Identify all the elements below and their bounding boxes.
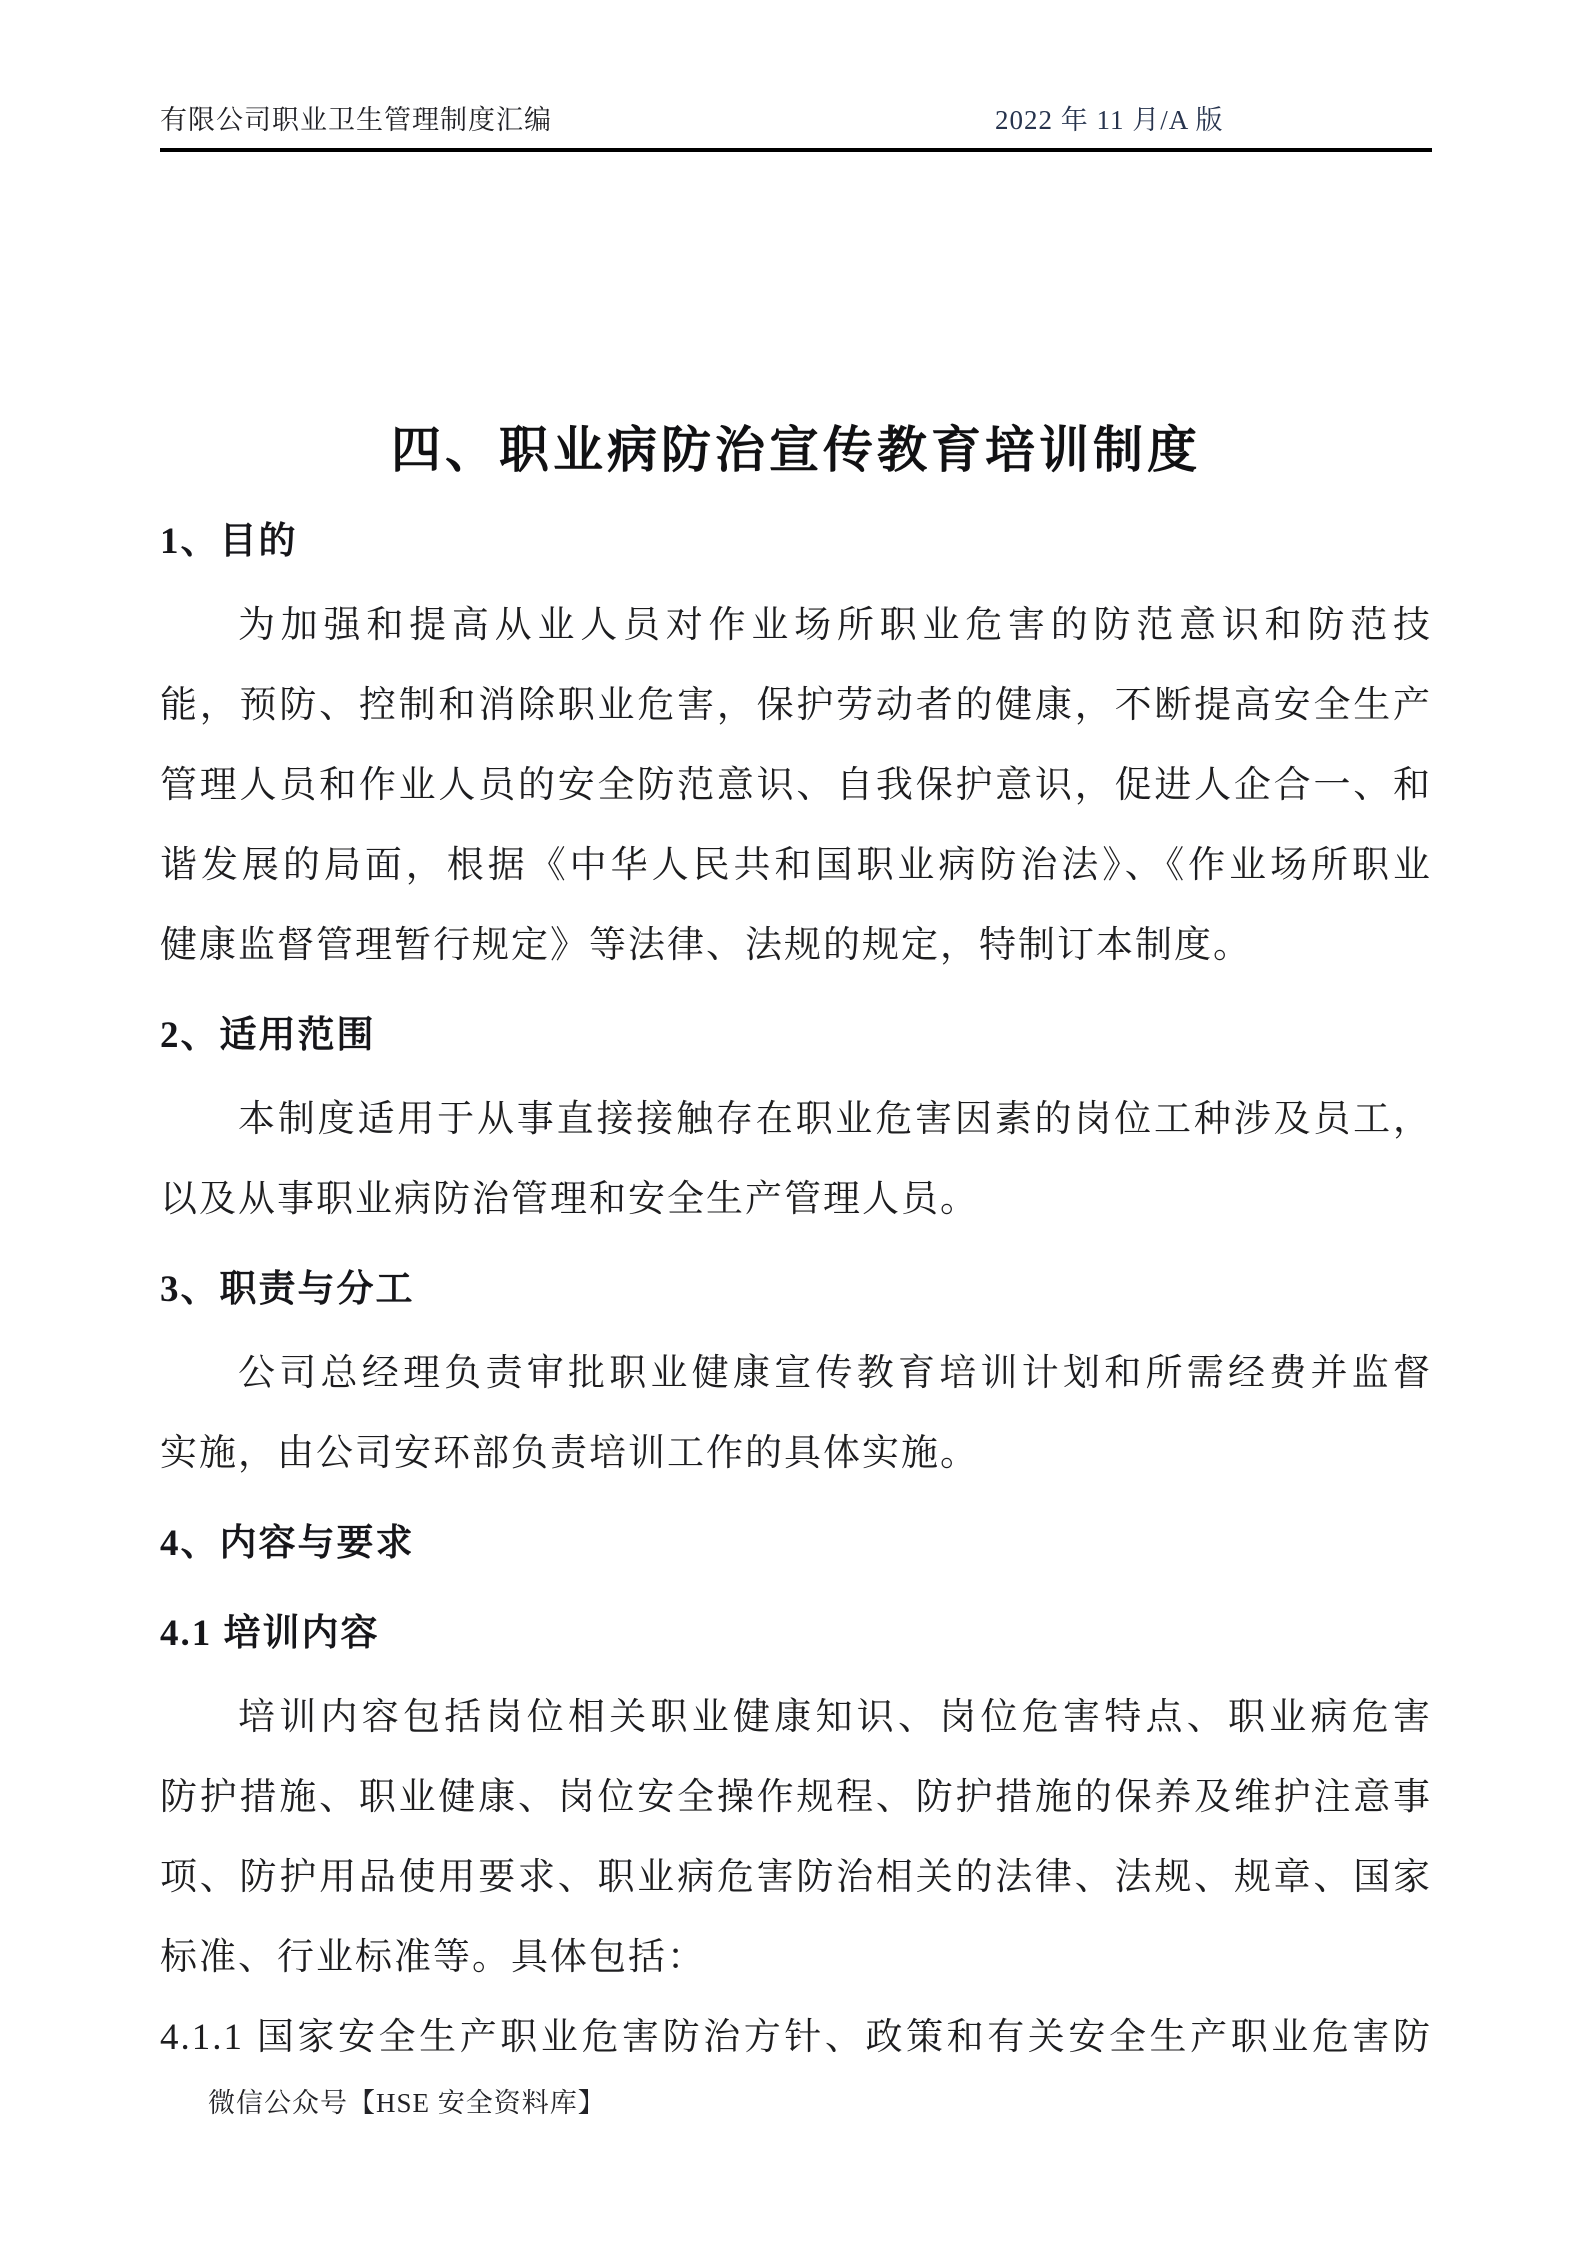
section-heading: 1、目的	[160, 502, 1432, 582]
paragraph: 4.1.1 国家安全生产职业危害防治方针、政策和有关安全生产职业危害防	[160, 1998, 1432, 2078]
text-line: 谐发展的局面，根据《中华人民共和国职业病防治法》、《作业场所职业	[160, 826, 1432, 906]
paragraph: 为加强和提高从业人员对作业场所职业危害的防范意识和防范技能，预防、控制和消除职业…	[160, 586, 1432, 986]
text-line: 以及从事职业病防治管理和安全生产管理人员。	[160, 1160, 1432, 1240]
text-line: 培训内容包括岗位相关职业健康知识、岗位危害特点、职业病危害	[160, 1678, 1432, 1758]
section-heading: 4、内容与要求	[160, 1504, 1432, 1584]
text-line: 管理人员和作业人员的安全防范意识、自我保护意识，促进人企合一、和	[160, 746, 1432, 826]
text-line: 项、防护用品使用要求、职业病危害防治相关的法律、法规、规章、国家	[160, 1838, 1432, 1918]
paragraph: 公司总经理负责审批职业健康宣传教育培训计划和所需经费并监督实施，由公司安环部负责…	[160, 1334, 1432, 1494]
header-left-text: 有限公司职业卫生管理制度汇编	[160, 100, 552, 140]
section-heading: 3、职责与分工	[160, 1250, 1432, 1330]
footer-text: 微信公众号【HSE 安全资料库】	[208, 2088, 606, 2118]
header-rule	[160, 148, 1432, 152]
section-heading: 2、适用范围	[160, 996, 1432, 1076]
text-line: 公司总经理负责审批职业健康宣传教育培训计划和所需经费并监督	[160, 1334, 1432, 1414]
text-line: 为加强和提高从业人员对作业场所职业危害的防范意识和防范技	[160, 586, 1432, 666]
document-body: 四、职业病防治宣传教育培训制度 1、目的为加强和提高从业人员对作业场所职业危害的…	[160, 408, 1432, 2078]
page-header: 有限公司职业卫生管理制度汇编 2022 年 11 月/A 版	[160, 100, 1432, 140]
document-page: 有限公司职业卫生管理制度汇编 2022 年 11 月/A 版 四、职业病防治宣传…	[0, 0, 1587, 2245]
text-line: 实施，由公司安环部负责培训工作的具体实施。	[160, 1414, 1432, 1494]
header-right-text: 2022 年 11 月/A 版	[995, 100, 1224, 140]
text-line: 标准、行业标准等。具体包括：	[160, 1918, 1432, 1998]
text-line: 本制度适用于从事直接接触存在职业危害因素的岗位工种涉及员工，	[160, 1080, 1432, 1160]
paragraph: 本制度适用于从事直接接触存在职业危害因素的岗位工种涉及员工，以及从事职业病防治管…	[160, 1080, 1432, 1240]
paragraph: 培训内容包括岗位相关职业健康知识、岗位危害特点、职业病危害防护措施、职业健康、岗…	[160, 1678, 1432, 1998]
text-line: 4.1.1 国家安全生产职业危害防治方针、政策和有关安全生产职业危害防	[160, 1998, 1432, 2078]
document-title: 四、职业病防治宣传教育培训制度	[160, 408, 1432, 492]
subsection-heading: 4.1 培训内容	[160, 1594, 1432, 1674]
text-line: 防护措施、职业健康、岗位安全操作规程、防护措施的保养及维护注意事	[160, 1758, 1432, 1838]
text-line: 健康监督管理暂行规定》等法律、法规的规定，特制订本制度。	[160, 906, 1432, 986]
text-line: 能，预防、控制和消除职业危害，保护劳动者的健康，不断提高安全生产	[160, 666, 1432, 746]
page-footer: 微信公众号【HSE 安全资料库】	[208, 2086, 606, 2120]
